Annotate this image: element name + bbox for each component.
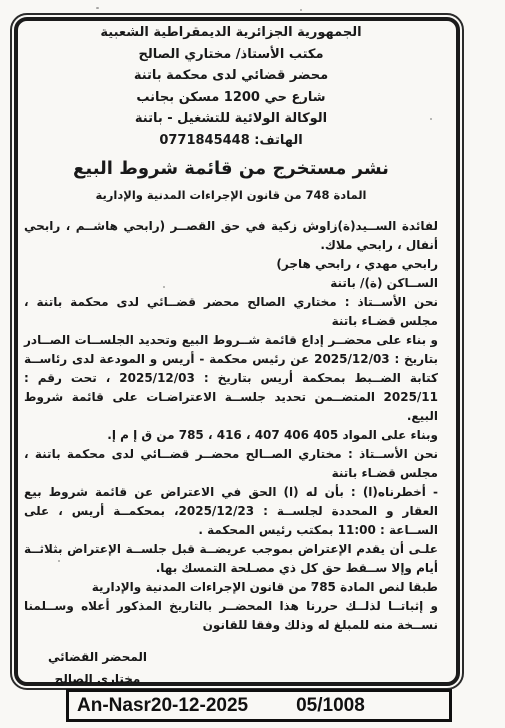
notice-paragraph: طبقا لنص المادة 785 من قانون الإجراءات ا… (24, 578, 438, 597)
letterhead-line: الجمهورية الجزائرية الديمقراطية الشعبية (24, 22, 438, 44)
notice-paragraph: - أخطرناه(ا) : بأن له (ا) الحق في الاعتر… (24, 483, 438, 540)
scan-speck (300, 9, 302, 11)
publication-reference-number: 05/1008 (296, 695, 365, 717)
notice-paragraph: نحن الأســتاذ : مختاري الصالح محضر قضــا… (24, 293, 438, 331)
signature-role: المحضر القضائي (48, 646, 147, 668)
scan-speck (96, 7, 99, 9)
letterhead-line: الوكالة الولائية للتشغيل - باتنة (24, 108, 438, 130)
notice-body: لفائدة الســيد(ة)زاوش زكية في حق القصــر… (24, 217, 438, 635)
notice-paragraph: علـى أن يقدم الإعتراض بموجب عريضــة قبل … (24, 540, 438, 578)
notice-paragraph: لفائدة الســيد(ة)زاوش زكية في حق القصــر… (24, 217, 438, 255)
letterhead-line: الهاتف: 0771845448 (24, 130, 438, 152)
document-content: الجمهورية الجزائرية الديمقراطية الشعبيةم… (24, 22, 438, 672)
letterhead: الجمهورية الجزائرية الديمقراطية الشعبيةم… (24, 22, 438, 151)
signature-block: المحضر القضائي مختاري الصالح (48, 646, 147, 690)
notice-legal-article: المادة 748 من قانون الإجراءات المدنية وا… (24, 185, 438, 205)
publication-stamp-box: An-Nasr20-12-2025 05/1008 (66, 689, 452, 722)
letterhead-line: محضر قضائي لدى محكمة باتنة (24, 65, 438, 87)
letterhead-line: شارع حي 1200 مسكن بجانب (24, 87, 438, 109)
notice-paragraph: و بناء على محضــر إداع قائمة شــروط البي… (24, 331, 438, 426)
notice-paragraph: رابحي مهدي ، رابحي هاجر) (24, 255, 438, 274)
notice-title: نشر مستخرج من قائمة شروط البيع (24, 156, 438, 182)
notice-paragraph: نحن الأســتاذ : مختاري الصــالح محضــر ق… (24, 445, 438, 483)
letterhead-line: مكتب الأستاذ/ مختاري الصالح (24, 44, 438, 66)
scanned-legal-notice-page: الجمهورية الجزائرية الديمقراطية الشعبيةم… (0, 0, 505, 728)
publication-journal-date: An-Nasr20-12-2025 (77, 695, 248, 717)
notice-paragraph: و إثباتــا لذلــك حررنا هذا المحضــر بال… (24, 597, 438, 635)
notice-paragraph: وبناء على المواد 405 406 407 ، 416 ، 785… (24, 426, 438, 445)
notice-paragraph: الســاكن (ة)/ باتنة (24, 274, 438, 293)
signature-name: مختاري الصالح (48, 668, 147, 690)
